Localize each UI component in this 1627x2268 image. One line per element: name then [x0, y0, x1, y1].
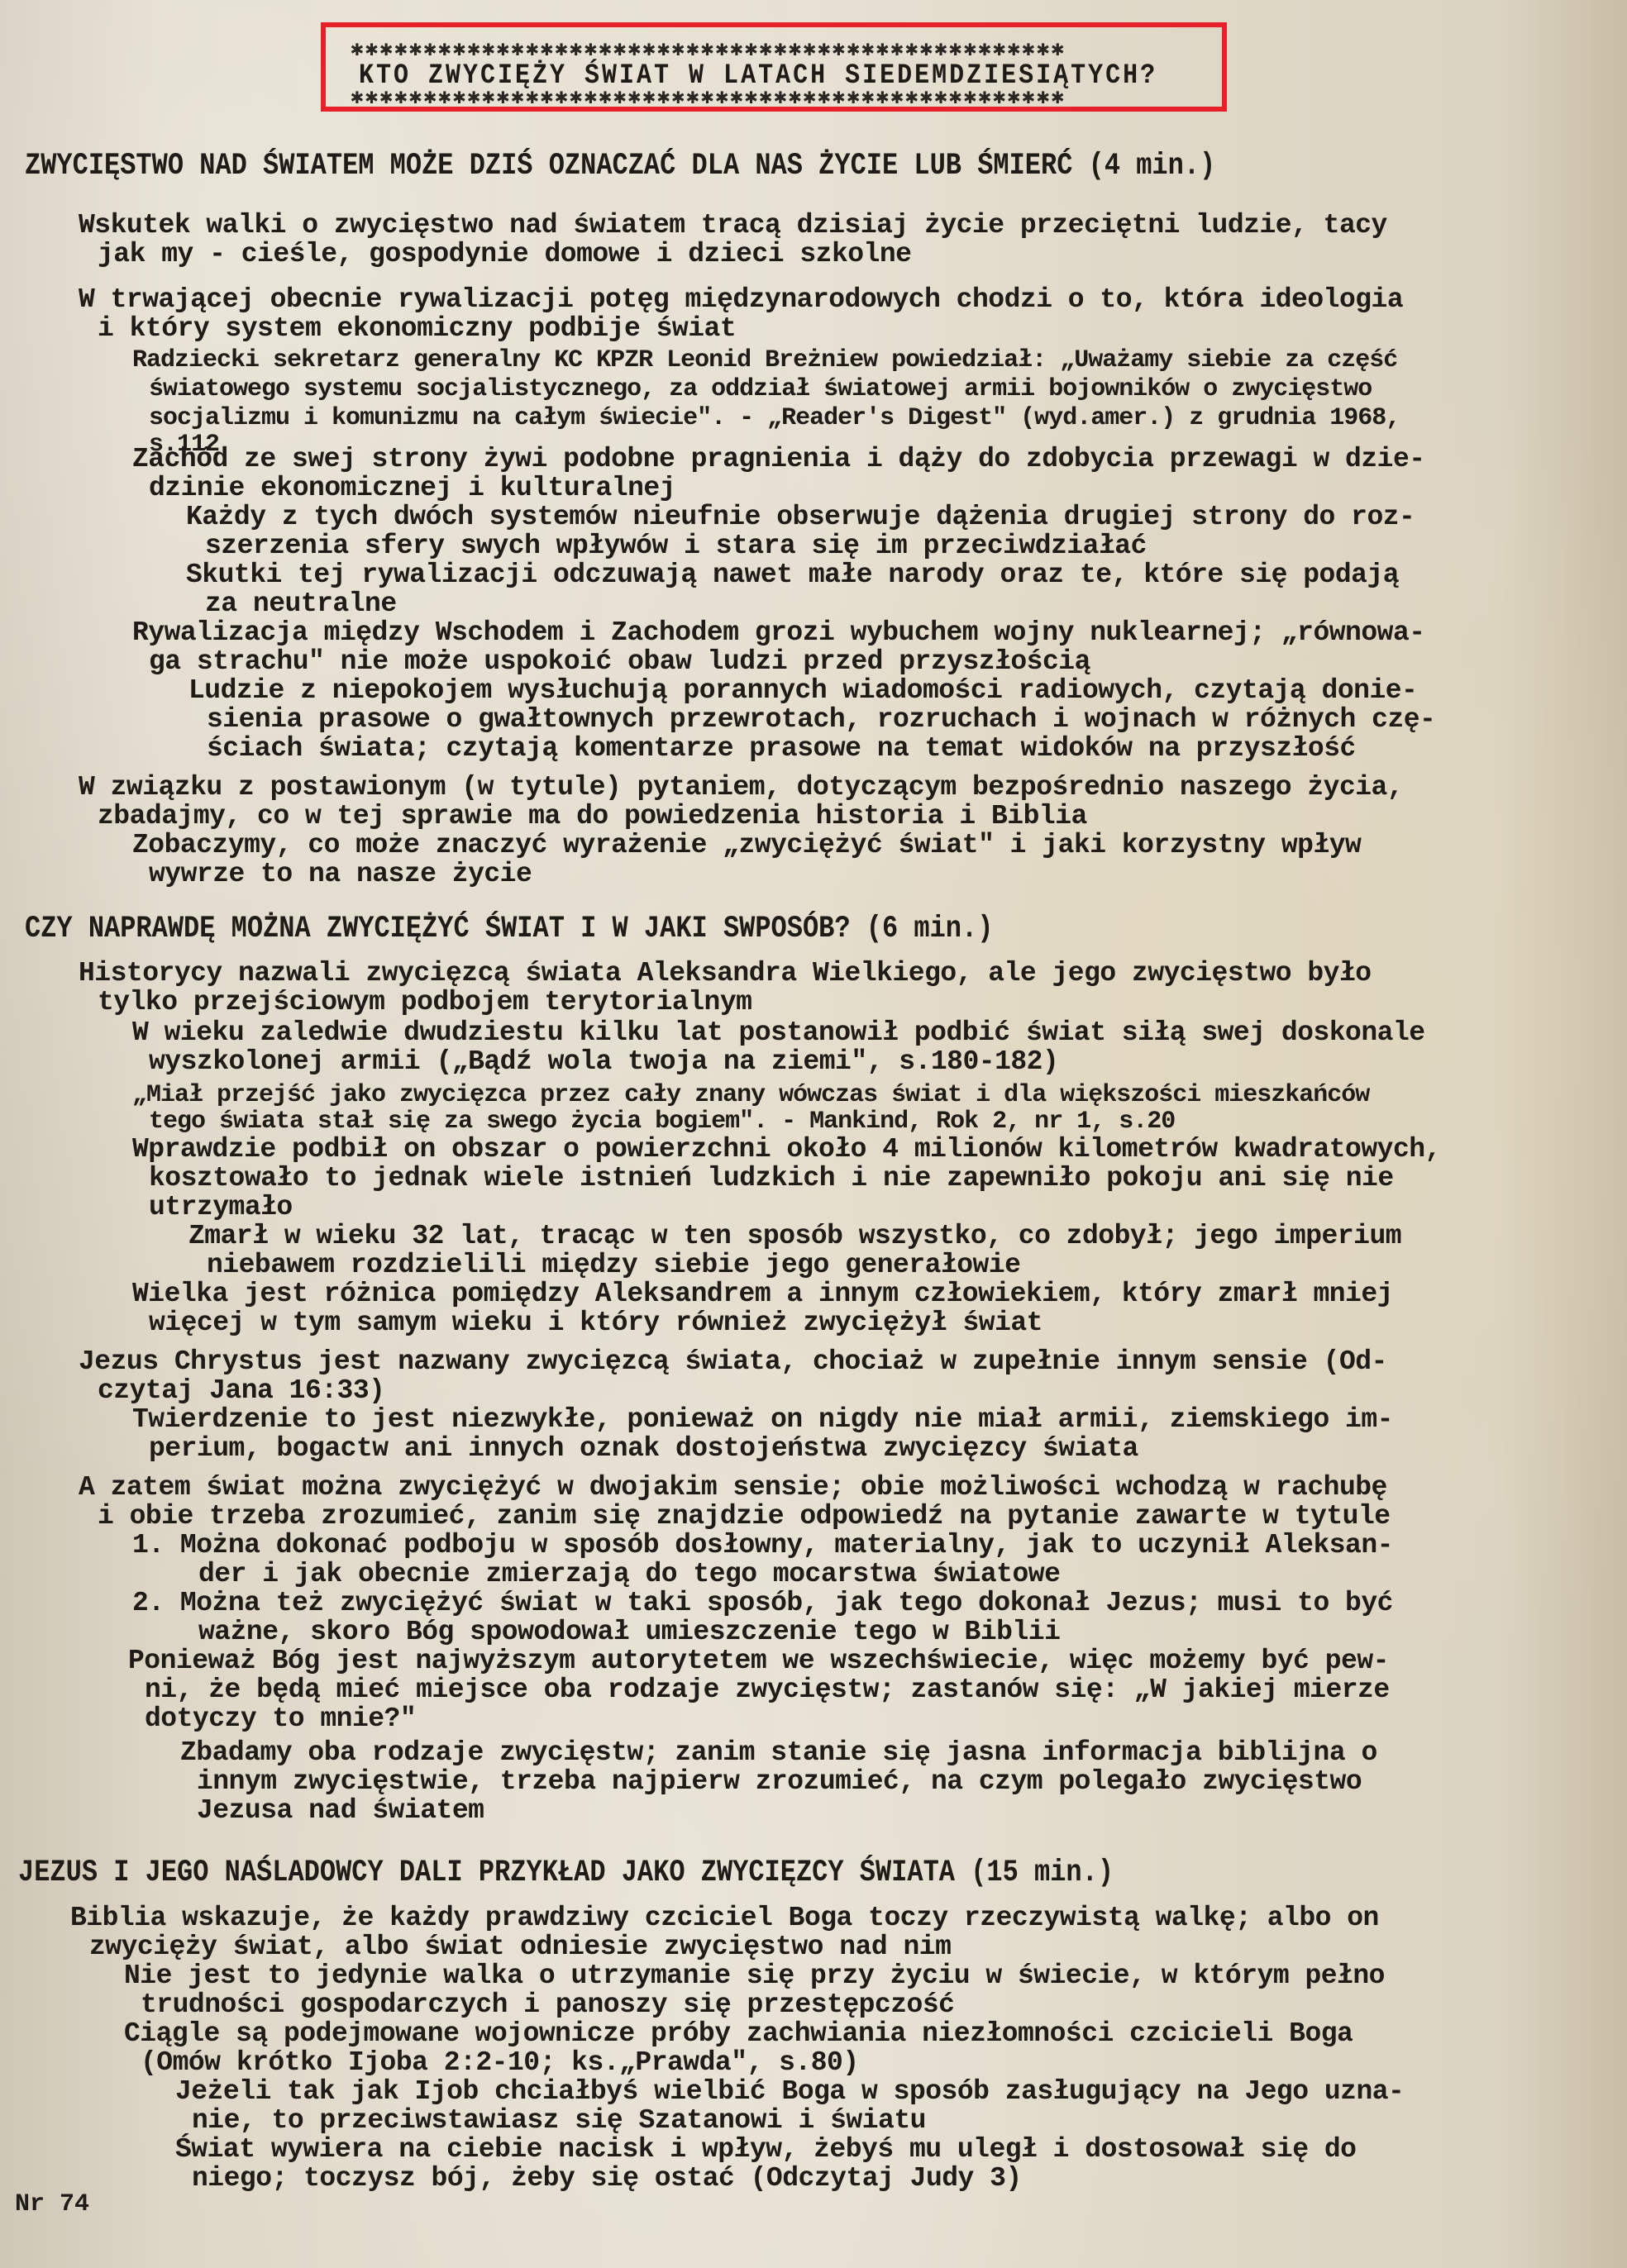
text-line: Biblia wskazuje, że każdy prawdziwy czci… [70, 1903, 1379, 1933]
text-line: Nie jest to jedynie walka o utrzymanie s… [124, 1961, 1385, 1991]
text-line: zwycięży świat, albo świat odniesie zwyc… [89, 1932, 951, 1962]
text-line: niego; toczysz bój, żeby się ostać (Odcz… [192, 2164, 1022, 2194]
text-line: tego świata stał się za swego życia bogi… [149, 1107, 1175, 1136]
title-ornament-bottom: ✱✱✱✱✱✱✱✱✱✱✱✱✱✱✱✱✱✱✱✱✱✱✱✱✱✱✱✱✱✱✱✱✱✱✱✱✱✱✱✱… [351, 88, 1205, 107]
text-line: W wieku zaledwie dwudziestu kilku lat po… [132, 1018, 1425, 1048]
text-line: Wielka jest różnica pomiędzy Aleksandrem… [132, 1279, 1393, 1309]
text-line: Wskutek walki o zwycięstwo nad światem t… [79, 211, 1387, 241]
text-line: ni, że będą mieć miejsce oba rodzaje zwy… [145, 1675, 1390, 1705]
text-line: Zachód ze swej strony żywi podobne pragn… [132, 445, 1425, 474]
section-heading: JEZUS I JEGO NAŚLADOWCY DALI PRZYKŁAD JA… [18, 1856, 1114, 1889]
text-line: ga strachu" nie może uspokoić obaw ludzi… [149, 647, 1090, 677]
text-line: „Miał przejść jako zwycięzca przez cały … [132, 1080, 1369, 1110]
text-line: Wprawdzie podbił on obszar o powierzchni… [132, 1135, 1441, 1165]
title-ornament-top: ✱✱✱✱✱✱✱✱✱✱✱✱✱✱✱✱✱✱✱✱✱✱✱✱✱✱✱✱✱✱✱✱✱✱✱✱✱✱✱✱… [351, 40, 1205, 59]
text-line: trudności gospodarczych i panoszy się pr… [141, 1990, 954, 2020]
text-line: Zbadamy oba rodzaje zwycięstw; zanim sta… [180, 1738, 1377, 1768]
text-line: Radziecki sekretarz generalny KC KPZR Le… [132, 345, 1397, 375]
text-line: Historycy nazwali zwycięzcą świata Aleks… [79, 959, 1372, 989]
text-line: der i jak obecnie zmierzają do tego moca… [198, 1560, 1060, 1589]
text-line: za neutralne [205, 589, 397, 619]
text-line: Jeżeli tak jak Ijob chciałbyś wielbić Bo… [175, 2077, 1404, 2107]
text-line: ważne, skoro Bóg spowodował umieszczenie… [198, 1618, 1060, 1647]
page-number: Nr 74 [15, 2190, 89, 2218]
text-line: Skutki tej rywalizacji odczuwają nawet m… [186, 560, 1399, 590]
text-line: Zmarł w wieku 32 lat, tracąc w ten sposó… [188, 1222, 1401, 1251]
text-line: Ludzie z niepokojem wysłuchują porannych… [188, 676, 1417, 706]
text-line: Każdy z tych dwóch systemów nieufnie obs… [186, 503, 1415, 532]
text-line: światowego systemu socjalistycznego, za … [149, 374, 1372, 404]
text-line: perium, bogactw ani innych oznak dostoje… [149, 1434, 1138, 1464]
text-line: 2. Można też zwyciężyć świat w taki spos… [132, 1589, 1393, 1618]
section-heading: CZY NAPRAWDĘ MOŻNA ZWYCIĘŻYĆ ŚWIAT I W J… [25, 912, 993, 946]
text-line: W związku z postawionym (w tytule) pytan… [79, 773, 1403, 803]
text-line: socjalizmu i komunizmu na całym świecie"… [149, 403, 1400, 433]
text-line: więcej w tym samym wieku i który również… [149, 1308, 1043, 1338]
text-line: 1. Można dokonać podboju w sposób dosłow… [132, 1531, 1393, 1560]
text-line: Jezusa nad światem [197, 1796, 484, 1826]
text-line: czytaj Jana 16:33) [98, 1376, 384, 1406]
text-line: Ciągle są podejmowane wojownicze próby z… [124, 2019, 1353, 2049]
text-line: jak my - cieśle, gospodynie domowe i dzi… [98, 240, 911, 269]
text-line: utrzymało [149, 1193, 293, 1222]
text-line: A zatem świat można zwyciężyć w dwojakim… [79, 1473, 1387, 1503]
text-line: Jezus Chrystus jest nazwany zwycięzcą św… [79, 1347, 1387, 1377]
text-line: ściach świata; czytają komentarze prasow… [207, 734, 1356, 764]
text-line: zbadajmy, co w tej sprawie ma do powiedz… [98, 802, 1087, 831]
text-line: i który system ekonomiczny podbije świat [98, 314, 736, 344]
text-line: nie, to przeciwstawiasz się Szatanowi i … [192, 2106, 926, 2136]
title-highlight-box: ✱✱✱✱✱✱✱✱✱✱✱✱✱✱✱✱✱✱✱✱✱✱✱✱✱✱✱✱✱✱✱✱✱✱✱✱✱✱✱✱… [321, 22, 1227, 112]
text-line: wywrze to na nasze życie [149, 860, 532, 889]
text-line: dotyczy to mnie?" [145, 1704, 416, 1734]
text-line: dzinie ekonomicznej i kulturalnej [149, 474, 675, 503]
text-line: Twierdzenie to jest niezwykłe, ponieważ … [132, 1405, 1393, 1435]
text-line: szerzenia sfery swych wpływów i stara si… [205, 531, 1147, 561]
text-line: Rywalizacja między Wschodem i Zachodem g… [132, 618, 1425, 648]
text-line: i obie trzeba zrozumieć, zanim się znajd… [98, 1502, 1391, 1532]
section-heading: ZWYCIĘSTWO NAD ŚWIATEM MOŻE DZIŚ OZNACZA… [25, 149, 1215, 183]
text-line: W trwającej obecnie rywalizacji potęg mi… [79, 285, 1403, 315]
text-line: tylko przejściowym podbojem terytorialny… [98, 988, 751, 1017]
text-line: Zobaczymy, co może znaczyć wyrażenie „zw… [132, 831, 1361, 860]
text-line: wyszkolonej armii („Bądź wola twoja na z… [149, 1047, 1058, 1077]
text-line: Ponieważ Bóg jest najwyższym autorytetem… [128, 1646, 1389, 1676]
text-line: sienia prasowe o gwałtownych przewrotach… [207, 705, 1435, 735]
text-line: kosztowało to jednak wiele istnień ludzk… [149, 1164, 1394, 1194]
text-line: Świat wywiera na ciebie nacisk i wpływ, … [175, 2135, 1356, 2165]
text-line: niebawem rozdzielili między siebie jego … [207, 1251, 1020, 1280]
text-line: (Omów krótko Ijoba 2:2-10; ks.„Prawda", … [141, 2048, 859, 2078]
text-line: innym zwycięstwie, trzeba najpierw zrozu… [197, 1767, 1362, 1797]
